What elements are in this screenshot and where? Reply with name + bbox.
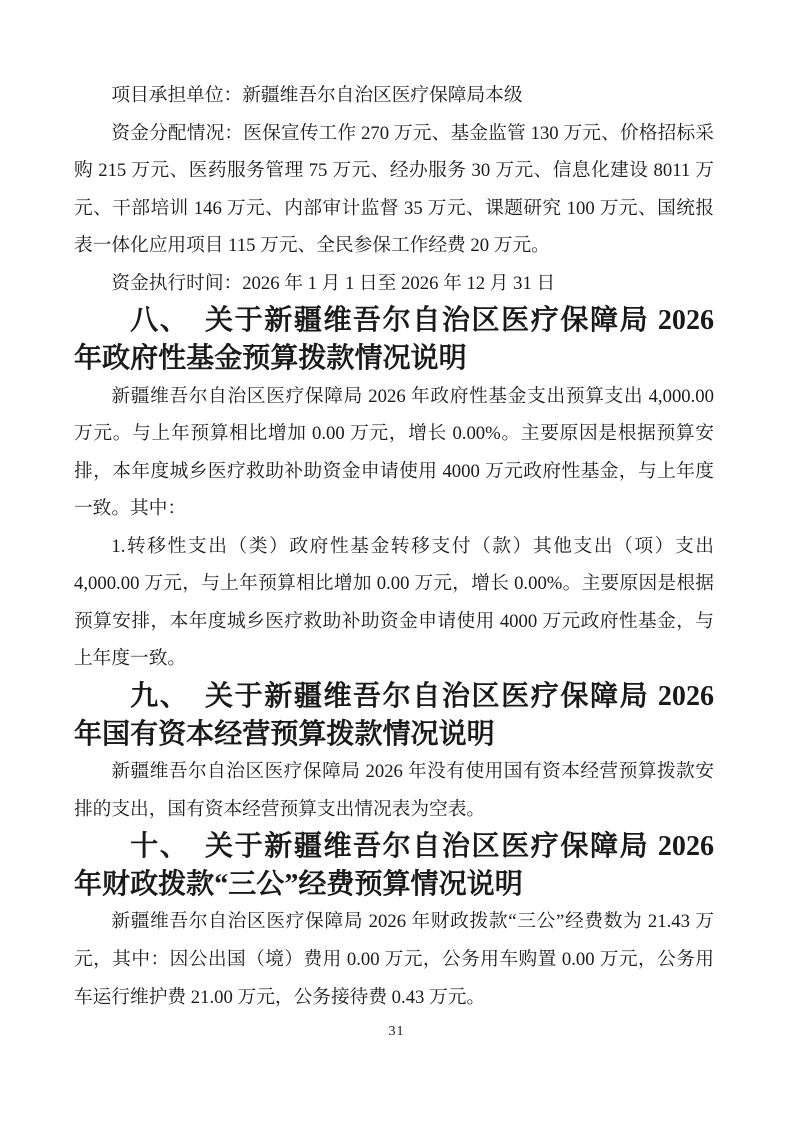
paragraph-transfer-expenditure: 1.转移性支出（类）政府性基金转移支付（款）其他支出（项）支出 4,000.00… xyxy=(74,528,714,678)
document-page: 项目承担单位：新疆维吾尔自治区医疗保障局本级 资金分配情况：医保宣传工作 270… xyxy=(0,0,793,1122)
paragraph-state-capital-detail: 新疆维吾尔自治区医疗保障局 2026 年没有使用国有资本经营预算拨款安排的支出，… xyxy=(74,753,714,828)
section-heading-8-gov-fund-budget: 八、 关于新疆维吾尔自治区医疗保障局 2026 年政府性基金预算拨款情况说明 xyxy=(74,302,714,377)
paragraph-three-public-expenses-detail: 新疆维吾尔自治区医疗保障局 2026 年财政拨款“三公”经费数为 21.43 万… xyxy=(74,903,714,1016)
paragraph-gov-fund-budget-detail: 新疆维吾尔自治区医疗保障局 2026 年政府性基金支出预算支出 4,000.00… xyxy=(74,378,714,528)
document-content: 项目承担单位：新疆维吾尔自治区医疗保障局本级 资金分配情况：医保宣传工作 270… xyxy=(74,77,714,1016)
page-footer: 31 xyxy=(0,1022,793,1040)
page-number: 31 xyxy=(389,1024,405,1039)
section-heading-9-state-capital-budget: 九、 关于新疆维吾尔自治区医疗保障局 2026 年国有资本经营预算拨款情况说明 xyxy=(74,678,714,753)
paragraph-fund-execution-time: 资金执行时间：2026 年 1 月 1 日至 2026 年 12 月 31 日 xyxy=(74,265,714,303)
paragraph-fund-allocation: 资金分配情况：医保宣传工作 270 万元、基金监管 130 万元、价格招标采购 … xyxy=(74,115,714,265)
paragraph-project-unit: 项目承担单位：新疆维吾尔自治区医疗保障局本级 xyxy=(74,77,714,115)
section-heading-10-three-public-expenses: 十、 关于新疆维吾尔自治区医疗保障局 2026 年财政拨款“三公”经费预算情况说… xyxy=(74,828,714,903)
